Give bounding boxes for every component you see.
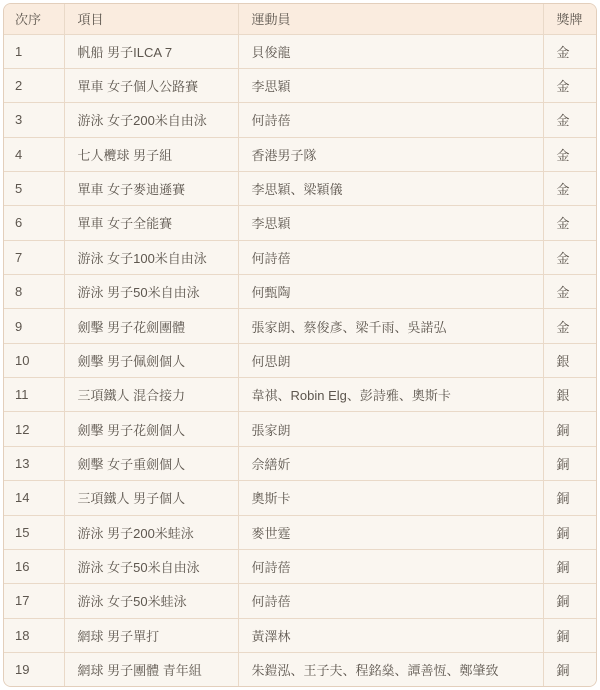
cell-order: 13 [4, 446, 64, 480]
cell-order: 19 [4, 652, 64, 686]
table-row: 10 劍擊 男子佩劍個人 何思朗 銀 [4, 343, 596, 377]
cell-medal: 銅 [543, 515, 596, 549]
table-row: 11 三項鐵人 混合接力 韋祺、Robin Elg、彭詩雅、奧斯卡 銀 [4, 378, 596, 412]
cell-athletes: 何詩蓓 [238, 549, 543, 583]
cell-event: 七人欖球 男子組 [64, 137, 238, 171]
table-row: 14 三項鐵人 男子個人 奧斯卡 銅 [4, 481, 596, 515]
cell-order: 16 [4, 549, 64, 583]
cell-medal: 銅 [543, 412, 596, 446]
table-row: 2 單車 女子個人公路賽 李思穎 金 [4, 68, 596, 102]
cell-order: 6 [4, 206, 64, 240]
cell-event: 劍擊 男子花劍團體 [64, 309, 238, 343]
cell-medal: 銀 [543, 343, 596, 377]
table-row: 19 網球 男子團體 青年組 朱鎧泓、王子夫、程銘燊、譚善恆、鄭肇致 銅 [4, 652, 596, 686]
table-row: 8 游泳 男子50米自由泳 何甄陶 金 [4, 275, 596, 309]
cell-athletes: 貝俊龍 [238, 34, 543, 68]
cell-athletes: 奧斯卡 [238, 481, 543, 515]
table-row: 1 帆船 男子ILCA 7 貝俊龍 金 [4, 34, 596, 68]
cell-event: 單車 女子麥迪遜賽 [64, 171, 238, 205]
table-row: 13 劍擊 女子重劍個人 佘繕妡 銅 [4, 446, 596, 480]
table-row: 4 七人欖球 男子組 香港男子隊 金 [4, 137, 596, 171]
cell-medal: 金 [543, 137, 596, 171]
column-header-event: 項目 [64, 4, 238, 34]
cell-medal: 銅 [543, 652, 596, 686]
table-row: 5 單車 女子麥迪遜賽 李思穎、梁穎儀 金 [4, 171, 596, 205]
cell-order: 9 [4, 309, 64, 343]
cell-medal: 金 [543, 103, 596, 137]
cell-medal: 金 [543, 309, 596, 343]
cell-athletes: 韋祺、Robin Elg、彭詩雅、奧斯卡 [238, 378, 543, 412]
cell-event: 劍擊 男子花劍個人 [64, 412, 238, 446]
cell-medal: 銅 [543, 584, 596, 618]
cell-event: 游泳 女子50米自由泳 [64, 549, 238, 583]
cell-event: 單車 女子個人公路賽 [64, 68, 238, 102]
cell-order: 8 [4, 275, 64, 309]
cell-athletes: 李思穎 [238, 68, 543, 102]
table-row: 18 網球 男子單打 黃澤林 銅 [4, 618, 596, 652]
cell-medal: 銅 [543, 618, 596, 652]
cell-athletes: 張家朗 [238, 412, 543, 446]
cell-event: 劍擊 男子佩劍個人 [64, 343, 238, 377]
cell-order: 3 [4, 103, 64, 137]
cell-athletes: 何詩蓓 [238, 103, 543, 137]
cell-event: 游泳 男子200米蛙泳 [64, 515, 238, 549]
cell-event: 游泳 男子50米自由泳 [64, 275, 238, 309]
table-row: 12 劍擊 男子花劍個人 張家朗 銅 [4, 412, 596, 446]
cell-athletes: 黃澤林 [238, 618, 543, 652]
column-header-order: 次序 [4, 4, 64, 34]
table-header: 次序 項目 運動員 獎牌 [4, 4, 596, 34]
table-row: 6 單車 女子全能賽 李思穎 金 [4, 206, 596, 240]
medals-table-container: 次序 項目 運動員 獎牌 1 帆船 男子ILCA 7 貝俊龍 金 2 單車 女子… [3, 3, 597, 687]
table-body: 1 帆船 男子ILCA 7 貝俊龍 金 2 單車 女子個人公路賽 李思穎 金 3… [4, 34, 596, 686]
cell-medal: 金 [543, 34, 596, 68]
cell-order: 18 [4, 618, 64, 652]
cell-order: 4 [4, 137, 64, 171]
cell-medal: 金 [543, 275, 596, 309]
cell-athletes: 麥世霆 [238, 515, 543, 549]
cell-athletes: 李思穎、梁穎儀 [238, 171, 543, 205]
cell-athletes: 何詩蓓 [238, 584, 543, 618]
cell-medal: 銀 [543, 378, 596, 412]
cell-athletes: 朱鎧泓、王子夫、程銘燊、譚善恆、鄭肇致 [238, 652, 543, 686]
cell-event: 劍擊 女子重劍個人 [64, 446, 238, 480]
cell-event: 游泳 女子50米蛙泳 [64, 584, 238, 618]
cell-event: 帆船 男子ILCA 7 [64, 34, 238, 68]
column-header-athletes: 運動員 [238, 4, 543, 34]
cell-order: 2 [4, 68, 64, 102]
cell-medal: 金 [543, 171, 596, 205]
cell-athletes: 何詩蓓 [238, 240, 543, 274]
cell-event: 單車 女子全能賽 [64, 206, 238, 240]
cell-event: 三項鐵人 混合接力 [64, 378, 238, 412]
cell-athletes: 何思朗 [238, 343, 543, 377]
cell-order: 17 [4, 584, 64, 618]
cell-medal: 金 [543, 206, 596, 240]
table-row: 3 游泳 女子200米自由泳 何詩蓓 金 [4, 103, 596, 137]
cell-event: 游泳 女子100米自由泳 [64, 240, 238, 274]
cell-athletes: 何甄陶 [238, 275, 543, 309]
cell-order: 7 [4, 240, 64, 274]
cell-order: 10 [4, 343, 64, 377]
cell-athletes: 佘繕妡 [238, 446, 543, 480]
table-row: 15 游泳 男子200米蛙泳 麥世霆 銅 [4, 515, 596, 549]
cell-athletes: 香港男子隊 [238, 137, 543, 171]
table-row: 16 游泳 女子50米自由泳 何詩蓓 銅 [4, 549, 596, 583]
cell-medal: 銅 [543, 549, 596, 583]
cell-order: 1 [4, 34, 64, 68]
cell-medal: 金 [543, 240, 596, 274]
cell-order: 12 [4, 412, 64, 446]
cell-event: 網球 男子單打 [64, 618, 238, 652]
medals-table: 次序 項目 運動員 獎牌 1 帆船 男子ILCA 7 貝俊龍 金 2 單車 女子… [4, 4, 596, 686]
cell-order: 11 [4, 378, 64, 412]
cell-order: 14 [4, 481, 64, 515]
column-header-medal: 獎牌 [543, 4, 596, 34]
cell-event: 網球 男子團體 青年組 [64, 652, 238, 686]
cell-medal: 金 [543, 68, 596, 102]
cell-athletes: 李思穎 [238, 206, 543, 240]
cell-athletes: 張家朗、蔡俊彥、梁千雨、吳諾弘 [238, 309, 543, 343]
table-row: 9 劍擊 男子花劍團體 張家朗、蔡俊彥、梁千雨、吳諾弘 金 [4, 309, 596, 343]
header-row: 次序 項目 運動員 獎牌 [4, 4, 596, 34]
table-row: 17 游泳 女子50米蛙泳 何詩蓓 銅 [4, 584, 596, 618]
cell-medal: 銅 [543, 446, 596, 480]
cell-event: 三項鐵人 男子個人 [64, 481, 238, 515]
cell-event: 游泳 女子200米自由泳 [64, 103, 238, 137]
cell-order: 5 [4, 171, 64, 205]
cell-medal: 銅 [543, 481, 596, 515]
table-row: 7 游泳 女子100米自由泳 何詩蓓 金 [4, 240, 596, 274]
cell-order: 15 [4, 515, 64, 549]
